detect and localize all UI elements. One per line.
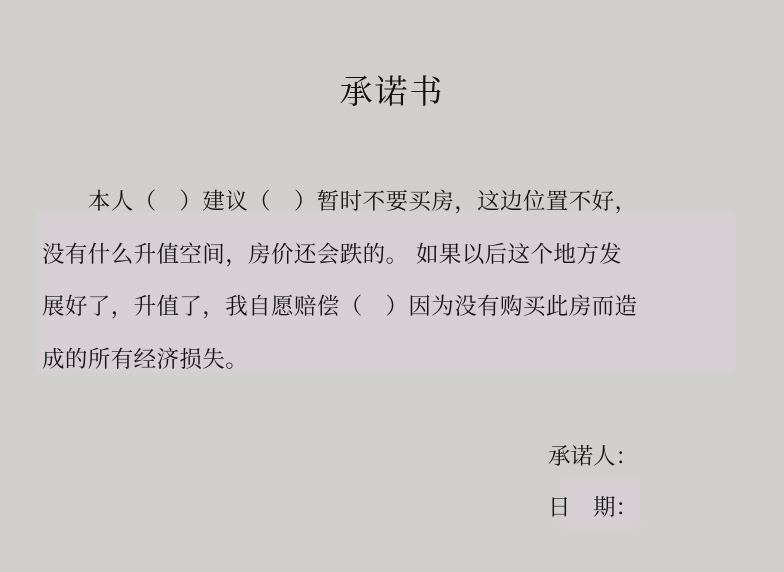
document-title: 承诺书 bbox=[0, 68, 784, 116]
document-body-paragraph: 本人（ ）建议（ ）暂时不要买房，这边位置不好， 没有什么升值空间，房价还会跌的… bbox=[42, 176, 742, 386]
paragraph-line: 成的所有经济损失。 bbox=[42, 334, 742, 387]
paragraph-line: 展好了，升值了，我自愿赔偿（ ）因为没有购买此房而造 bbox=[42, 281, 742, 334]
paragraph-line: 本人（ ）建议（ ）暂时不要买房，这边位置不好， bbox=[42, 176, 742, 229]
promisor-label: 承诺人： bbox=[548, 441, 638, 473]
paragraph-line: 没有什么升值空间，房价还会跌的。 如果以后这个地方发 bbox=[42, 229, 742, 282]
date-label: 日 期： bbox=[548, 492, 638, 524]
